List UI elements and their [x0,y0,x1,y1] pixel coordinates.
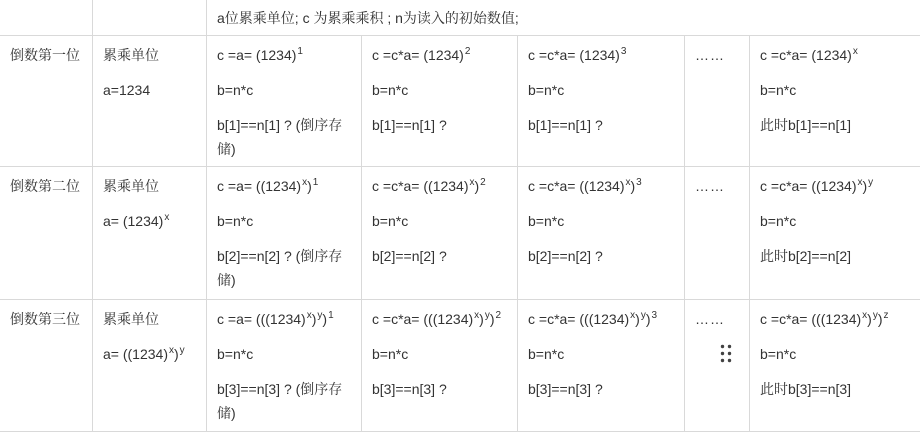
final-cell[interactable]: c =c*a= (1234)xb=n*c此时b[1]==n[1] [750,36,920,167]
position-label: 倒数第二位 [10,174,82,198]
formula-line: b[2]==n[2] ? (倒序存储) [217,244,351,292]
superscript: 2 [496,310,502,321]
step-cell-3[interactable]: c =c*a= (((1234)x)y)3b=n*cb[3]==n[3] ? [518,300,685,432]
position-label: 倒数第一位 [10,43,82,67]
formula-line: c =c*a= (((1234)x)y)z [760,307,910,331]
formula-line: c =c*a= (((1234)x)y)3 [528,307,674,331]
step-cell-1[interactable]: c =a= (1234)1b=n*cb[1]==n[1] ? (倒序存储) [207,36,362,167]
formula-line: 此时b[1]==n[1] [760,113,910,137]
superscript: x [858,177,863,188]
header-empty-cell-1[interactable] [0,0,93,36]
superscript: x [169,345,174,356]
header-note-text: a位累乘单位; c 为累乘乘积 ; n为读入的初始数值; [217,6,910,30]
unit-value: a= (1234)x [103,209,196,233]
formula-line: c =c*a= ((1234)x)2 [372,174,507,198]
superscript: y [180,345,185,356]
formula-line: c =a= (1234)1 [217,43,351,67]
step-cell-2[interactable]: c =c*a= ((1234)x)2b=n*cb[2]==n[2] ? [362,167,518,300]
position-cell[interactable]: 倒数第二位 [0,167,93,300]
formula-line: b=n*c [217,209,351,233]
ellipsis-cell[interactable]: …… [685,167,750,300]
comparison-table: a位累乘单位; c 为累乘乘积 ; n为读入的初始数值; 倒数第一位累乘单位a=… [0,0,920,432]
superscript: 3 [621,46,627,57]
superscript: x [853,46,858,57]
unit-label: 累乘单位 [103,174,196,198]
formula-line: b=n*c [528,78,674,102]
superscript: x [302,177,307,188]
superscript: 1 [328,310,334,321]
page-root: a位累乘单位; c 为累乘乘积 ; n为读入的初始数值; 倒数第一位累乘单位a=… [0,0,920,432]
superscript: 1 [313,177,319,188]
formula-line: c =a= ((1234)x)1 [217,174,351,198]
formula-line: b[1]==n[1] ? [372,113,507,137]
formula-line: b=n*c [760,78,910,102]
formula-line: b[3]==n[3] ? [528,377,674,401]
formula-line: b=n*c [372,78,507,102]
final-cell[interactable]: c =c*a= (((1234)x)y)zb=n*c此时b[3]==n[3] [750,300,920,432]
superscript: 1 [297,46,303,57]
superscript: 2 [480,177,486,188]
formula-line: b=n*c [217,78,351,102]
superscript: 2 [465,46,471,57]
formula-line: c =c*a= (((1234)x)y)2 [372,307,507,331]
formula-line: b=n*c [760,342,910,366]
step-cell-3[interactable]: c =c*a= (1234)3b=n*cb[1]==n[1] ? [518,36,685,167]
superscript: x [626,177,631,188]
step-cell-2[interactable]: c =c*a= (((1234)x)y)2b=n*cb[3]==n[3] ? [362,300,518,432]
position-cell[interactable]: 倒数第三位 [0,300,93,432]
formula-line: c =c*a= (1234)2 [372,43,507,67]
superscript: y [317,310,322,321]
formula-line: c =c*a= ((1234)x)y [760,174,910,198]
formula-line: b[2]==n[2] ? [372,244,507,268]
formula-line: 此时b[2]==n[2] [760,244,910,268]
unit-value: a= ((1234)x)y [103,342,196,366]
formula-line: b=n*c [528,342,674,366]
ellipsis-cell[interactable]: …… [685,300,750,432]
superscript: x [164,212,169,223]
superscript: y [485,310,490,321]
superscript: z [884,310,889,321]
final-cell[interactable]: c =c*a= ((1234)x)yb=n*c此时b[2]==n[2] [750,167,920,300]
superscript: 3 [652,310,658,321]
unit-label: 累乘单位 [103,307,196,331]
ellipsis-text: …… [695,307,739,331]
superscript: x [307,310,312,321]
formula-line: 此时b[3]==n[3] [760,377,910,401]
step-cell-2[interactable]: c =c*a= (1234)2b=n*cb[1]==n[1] ? [362,36,518,167]
unit-label: 累乘单位 [103,43,196,67]
ellipsis-cell[interactable]: …… [685,36,750,167]
formula-line: b=n*c [372,342,507,366]
formula-line: b[3]==n[3] ? (倒序存储) [217,377,351,425]
superscript: y [641,310,646,321]
drag-handle-icon[interactable] [720,344,733,363]
header-empty-cell-2[interactable] [93,0,207,36]
superscript: x [470,177,475,188]
superscript: y [868,177,873,188]
formula-line: c =c*a= (1234)x [760,43,910,67]
position-label: 倒数第三位 [10,307,82,331]
position-cell[interactable]: 倒数第一位 [0,36,93,167]
formula-line: b=n*c [760,209,910,233]
step-cell-3[interactable]: c =c*a= ((1234)x)3b=n*cb[2]==n[2] ? [518,167,685,300]
step-cell-1[interactable]: c =a= ((1234)x)1b=n*cb[2]==n[2] ? (倒序存储) [207,167,362,300]
step-cell-1[interactable]: c =a= (((1234)x)y)1b=n*cb[3]==n[3] ? (倒序… [207,300,362,432]
formula-line: b=n*c [372,209,507,233]
table-header-note[interactable]: a位累乘单位; c 为累乘乘积 ; n为读入的初始数值; [207,0,920,36]
formula-line: c =c*a= (1234)3 [528,43,674,67]
formula-line: c =a= (((1234)x)y)1 [217,307,351,331]
unit-value: a=1234 [103,78,196,102]
formula-line: b[3]==n[3] ? [372,377,507,401]
formula-line: c =c*a= ((1234)x)3 [528,174,674,198]
superscript: y [873,310,878,321]
unit-cell[interactable]: 累乘单位a=1234 [93,36,207,167]
formula-line: b=n*c [528,209,674,233]
superscript: x [474,310,479,321]
ellipsis-text: …… [695,174,739,198]
formula-line: b[1]==n[1] ? (倒序存储) [217,113,351,161]
superscript: 3 [636,177,642,188]
unit-cell[interactable]: 累乘单位a= ((1234)x)y [93,300,207,432]
formula-line: b[2]==n[2] ? [528,244,674,268]
unit-cell[interactable]: 累乘单位a= (1234)x [93,167,207,300]
ellipsis-text: …… [695,43,739,67]
formula-line: b[1]==n[1] ? [528,113,674,137]
superscript: x [630,310,635,321]
superscript: x [862,310,867,321]
formula-line: b=n*c [217,342,351,366]
